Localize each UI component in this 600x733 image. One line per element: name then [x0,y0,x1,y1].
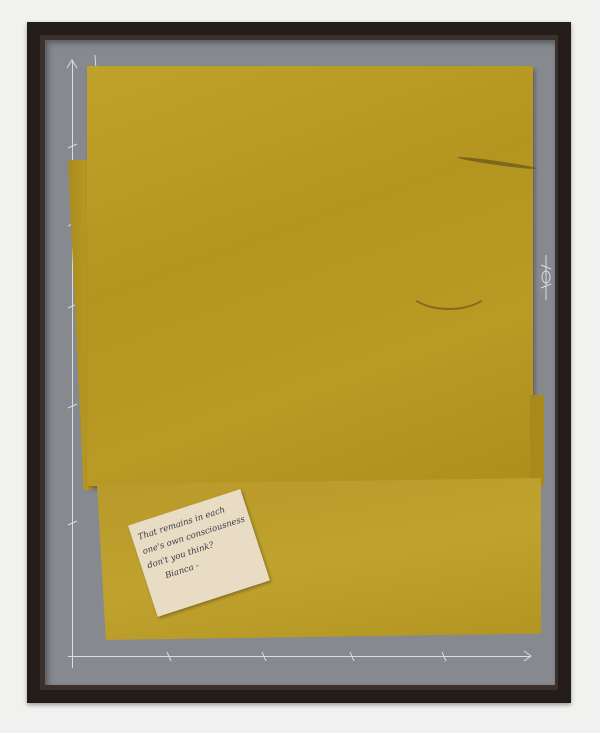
yellow-damask-textile-upper [87,66,533,486]
stain-mark [457,155,537,170]
stain-ring [407,266,491,310]
textile-right-fold [530,395,544,485]
